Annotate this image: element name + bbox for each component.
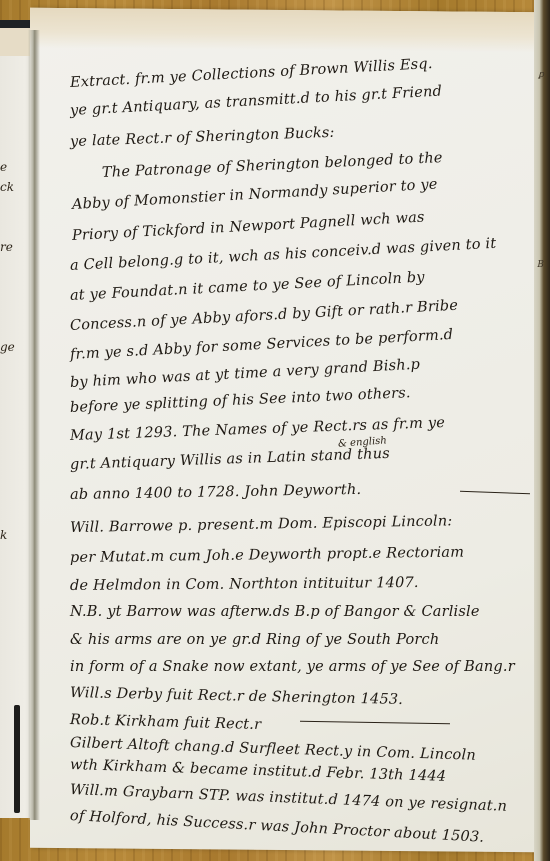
left-margin-fragment: ck (0, 180, 14, 194)
left-margin-fragment: ge (0, 340, 15, 354)
text-line-19: N.B. yt Barrow was afterw.ds B.p of Bang… (70, 604, 480, 620)
text-line-20: & his arms are on ye gr.d Ring of ye Sou… (70, 632, 439, 648)
right-edge-marking: B (537, 260, 544, 270)
left-margin-fragment: e (0, 160, 7, 174)
text-line-21: in form of a Snake now extant, ye arms o… (70, 659, 515, 675)
text-line-18: de Helmdon in Com. Northton intituitur 1… (70, 575, 419, 594)
right-edge-marking: ꝑ (538, 70, 544, 80)
right-page-stack-edge (534, 0, 550, 861)
left-margin-fragment: re (0, 240, 13, 254)
left-margin-fragment: k (0, 528, 7, 542)
binding-thread (14, 705, 20, 813)
page-top-stain (30, 8, 535, 52)
book-gutter (28, 30, 40, 820)
